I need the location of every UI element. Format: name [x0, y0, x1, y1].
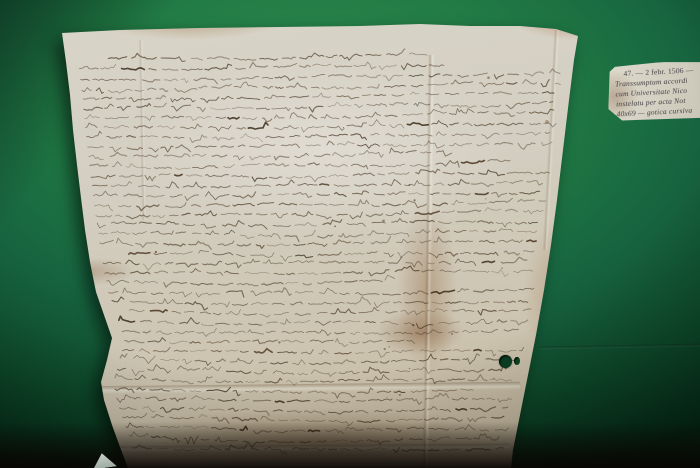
photo-scene: 47. — 2 febr. 1506 — Transsumptum accord… — [0, 0, 700, 468]
parchment-hole — [499, 355, 512, 368]
handwriting-ink — [0, 0, 700, 468]
parchment-stain — [83, 268, 86, 271]
parchment-shadow-wrap — [0, 0, 700, 468]
parchment-stain — [78, 256, 82, 259]
parchment-notch — [514, 357, 520, 365]
exhibit-label: 47. — 2 febr. 1506 — Transsumptum accord… — [606, 59, 700, 123]
manuscript-parchment — [0, 0, 700, 468]
